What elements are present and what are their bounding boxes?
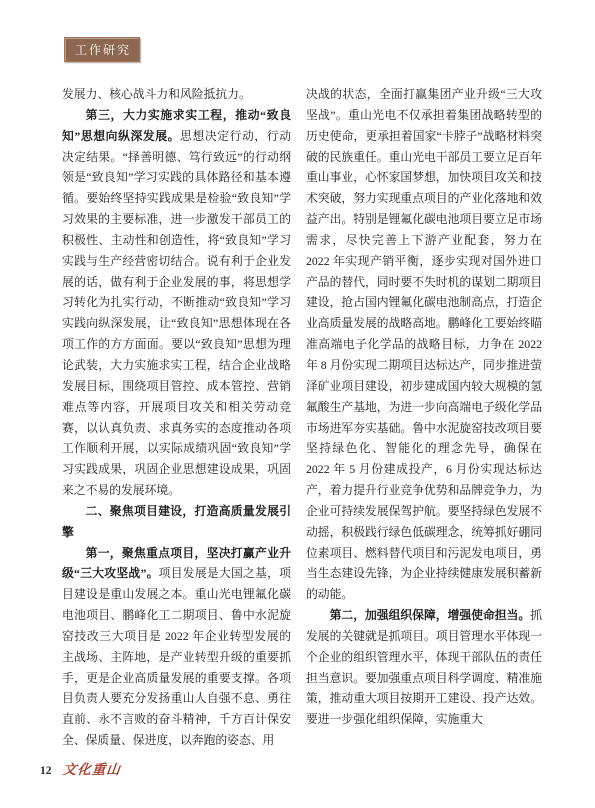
paragraph-text: 发展力、核心战斗力和风险抵抗力。 <box>62 87 251 101</box>
journal-page: 工作研究 发展力、核心战斗力和风险抵抗力。第三，大力实施求实工程，推动“致良知”… <box>0 0 595 808</box>
article-body: 发展力、核心战斗力和风险抵抗力。第三，大力实施求实工程，推动“致良知”思想向纵深… <box>62 84 542 751</box>
paragraph-text: 决战的状态，全面打赢集团产业升级“三大攻坚战”。重山光电不仅承担着集团战略转型的… <box>306 87 542 601</box>
paragraph: 第三，大力实施求实工程，推动“致良知”思想向纵深发展。思想决定行动，行动决定结果… <box>62 105 291 501</box>
paragraph: 发展力、核心战斗力和风险抵抗力。 <box>62 84 291 105</box>
section-heading: 二、聚焦项目建设，打造高质量发展引擎 <box>62 501 291 543</box>
magazine-logo: 文化重山 <box>61 758 121 778</box>
paragraph: 决战的状态，全面打赢集团产业升级“三大攻坚战”。重山光电不仅承担着集团战略转型的… <box>306 84 542 605</box>
paragraph-lead-text: 第二，加强组织保障，增强使命担当。 <box>330 608 531 622</box>
paragraph-text: 项目发展是大国之基，项目建设是重山发展之本。重山光电锂氟化碳电池项目、鹏峰化工二… <box>62 566 291 747</box>
paragraph-lead-text: 二、聚焦项目建设，打造高质量发展引擎 <box>62 504 291 539</box>
paragraph-text: 抓发展的关键就是抓项目。项目管理水平体现一个企业的组织管理水平，体现干部队伍的责… <box>306 608 542 726</box>
section-badge: 工作研究 <box>64 37 140 62</box>
paragraph-text: 思想决定行动，行动决定结果。“择善明德、笃行致远”的行动纲领是“致良知”学习实践… <box>62 129 291 497</box>
left-column: 发展力、核心战斗力和风险抵抗力。第三，大力实施求实工程，推动“致良知”思想向纵深… <box>62 84 291 751</box>
right-column: 决战的状态，全面打赢集团产业升级“三大攻坚战”。重山光电不仅承担着集团战略转型的… <box>306 84 542 751</box>
paragraph: 第一，聚焦重点项目，坚决打赢产业升级“三大攻坚战”。项目发展是大国之基，项目建设… <box>62 543 291 751</box>
paragraph: 第二，加强组织保障，增强使命担当。抓发展的关键就是抓项目。项目管理水平体现一个企… <box>306 605 542 730</box>
page-number: 12 <box>40 765 52 777</box>
page-footer: 12 文化重山 <box>40 758 121 778</box>
